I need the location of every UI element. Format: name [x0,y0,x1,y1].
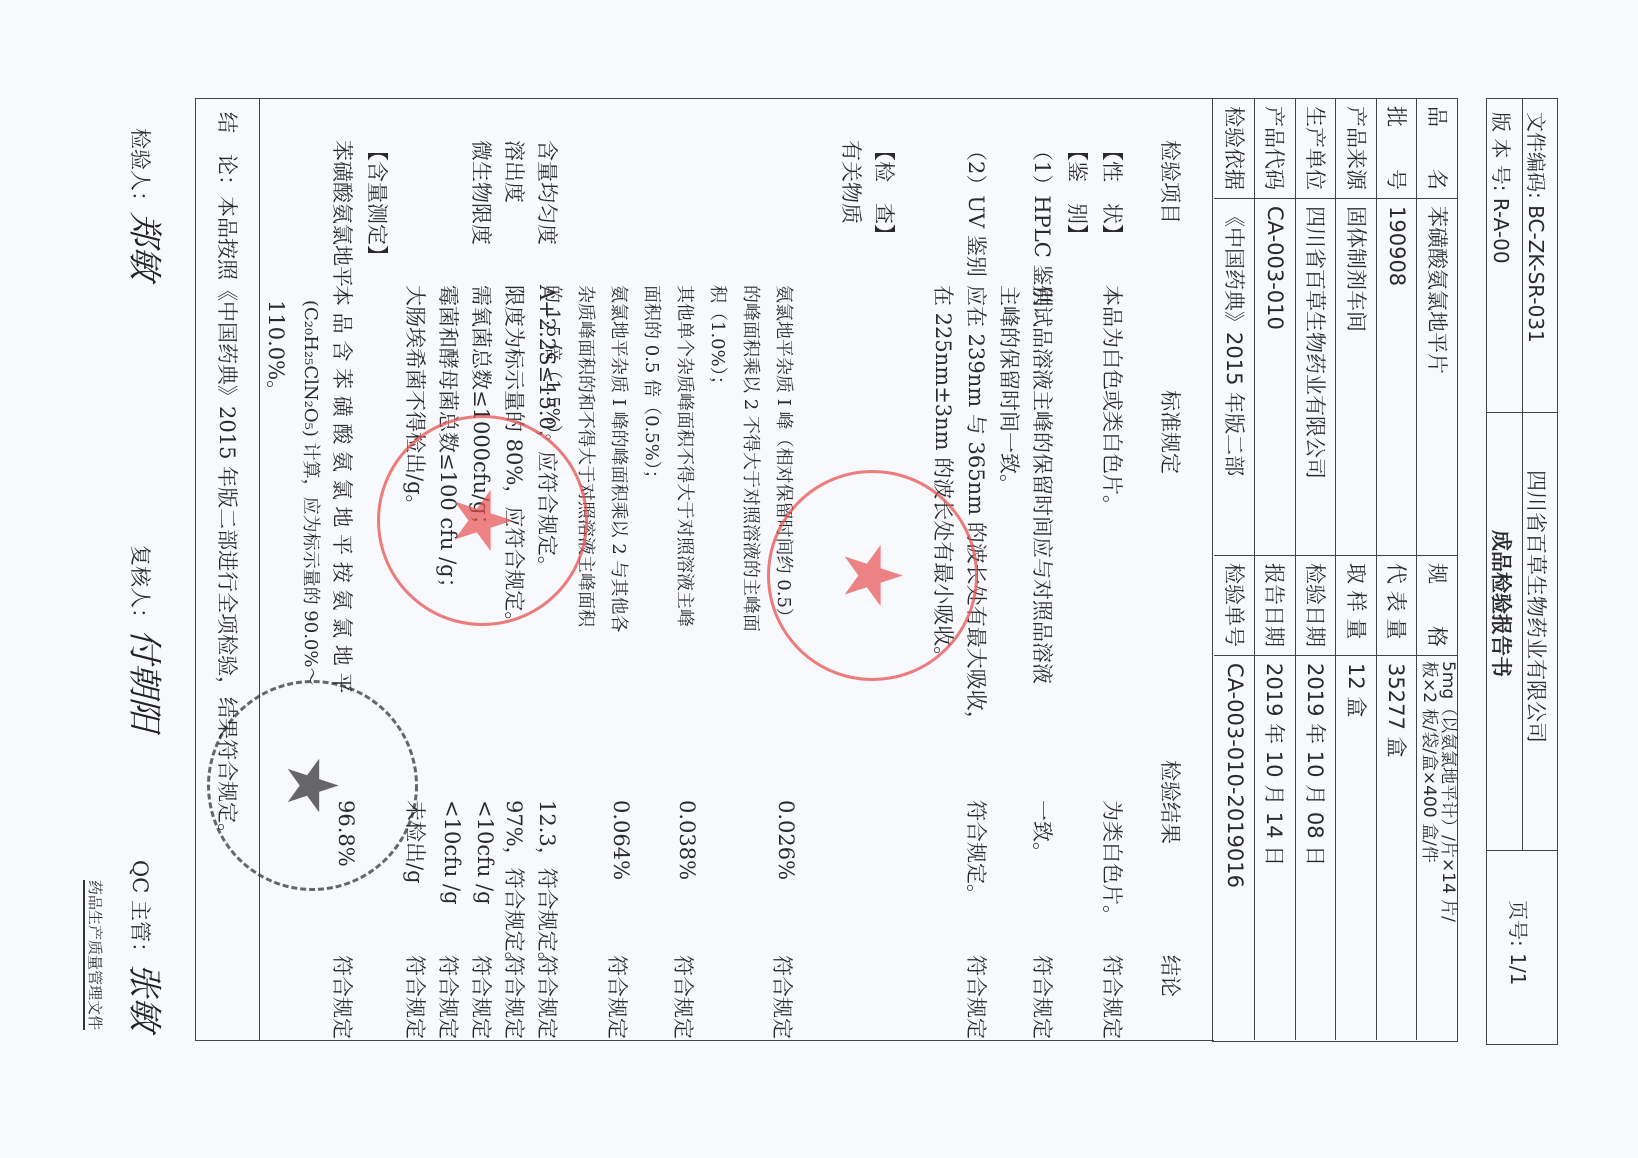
standard-text: (C₂₀H₂₅ClN₂O₅) 计算，应为标示量的 90.0%～ [299,300,325,685]
result-text: 12.3，符合规定。 [533,800,563,973]
header-divider [1487,850,1558,851]
footer-note: 药品生产质量管理文件 [83,880,106,1030]
standard-text: 本品为白色或类白色片。 [1098,285,1128,516]
item-label: 含量均匀度 [533,140,563,245]
info-label: 代 表 量 [1377,555,1418,663]
info-value: 《中国药典》2015 年版二部 [1214,198,1255,563]
info-value: 固体制剂车间 [1336,198,1377,563]
standard-text: 主峰的保留时间一致。 [995,285,1025,495]
stamp-star-icon: ★ [436,485,529,557]
stamp-star-icon: ★ [826,540,919,612]
result-text: 97%，符合规定。 [500,800,530,973]
conclusion-text: 符合规定 [500,955,530,1039]
table-border-right [196,1040,1214,1041]
quality-inspection-stamp: ★ [767,470,978,681]
col-header-result: 检验结果 [1156,760,1186,844]
conclusion-text: 符合规定 [1098,955,1128,1039]
info-label: 产品来源 [1336,98,1377,206]
standard-text: 本 品 含 苯 磺 酸 氨 氯 地 平 按 氨 氯 地 平 [328,285,358,693]
info-label: 检验日期 [1296,555,1337,663]
col-header-item: 检验项目 [1156,140,1186,224]
conclusion-text: 符合规定 [603,955,633,1039]
info-value: 2019 年 10 月 14 日 [1255,655,1296,1048]
conclusion-text: 符合规定 [467,955,497,1039]
conclusion-text: 符合规定 [434,955,464,1039]
info-label: 产品代码 [1255,98,1296,206]
item-label: （2）UV 鉴别 [962,140,992,277]
standard-text: 的峰面积乘以 2 不得大于对照溶液的主峰面 [739,285,765,632]
info-value: 四川省百草生物药业有限公司 [1296,198,1337,563]
spec-value: 5mg（以氨氯地平计）/片×14 片/板×2 板/袋/盒×400 盒/件 [1419,661,1457,922]
result-text: 符合规定。 [962,800,992,905]
result-text: 0.026% [774,800,798,880]
qc-signature: QC 主管：张敏 [123,860,172,1031]
table-border-bottom [195,98,196,1041]
spec-line: 板×2 板/袋/盒×400 盒/件 [1419,661,1438,922]
conclusion-text: 符合规定 [768,955,798,1039]
info-label: 检验依据 [1214,98,1255,206]
version: 版 本 号: R-A-00 [1488,112,1517,264]
section-heading-assay: 【含量测定】 [363,140,393,266]
result-text: <10cfu /g [473,800,497,905]
item-label: 有关物质 [837,140,867,224]
standard-text: 供试品溶液主峰的保留时间应与对照品溶液 [1028,285,1058,684]
col-header-standard: 标准规定 [1156,390,1186,474]
section-heading-identification: 【鉴 别】 [1063,140,1093,245]
standard-text: 氨氯地平杂质 I 峰的峰面积乘以 2 与其他各 [607,285,633,632]
info-value: CA-003-010 [1255,198,1296,563]
section-heading-tests: 【检 查】 [870,140,900,245]
reviewer-signature: 复核人：付朝阳 [123,545,172,731]
standard-text: 110.0%。 [262,300,292,401]
item-label: 微生物限度 [467,140,497,245]
info-value: CA-003-010-2019016 [1214,655,1255,1048]
doc-code: 文件编码: BC-ZK-SR-031 [1523,112,1552,343]
section-heading-appearance: 【性 状】 [1098,140,1128,245]
info-value: 35277 盒 [1377,655,1418,1048]
result-text: 0.064% [609,800,633,880]
spec-line: 5mg（以氨氯地平计）/片×14 片/ [1438,661,1457,922]
info-value: 12 盒 [1336,655,1377,1048]
info-label: 报告日期 [1255,555,1296,663]
standard-text: 杂质峰面积的和不得大于对照溶液主峰面积 [574,285,600,627]
reviewer-name: 付朝阳 [124,629,164,731]
info-label: 批 号 [1377,98,1418,206]
info-value: 苯磺酸氨氯地平片 [1417,198,1458,563]
conclusion-text: 符合规定 [533,955,563,1039]
result-text: 一致。 [1028,800,1058,863]
conclusion-text: 符合规定 [962,955,992,1039]
info-value: 2019 年 10 月 08 日 [1296,655,1337,1048]
item-label: 苯磺酸氨氯地平 [328,140,358,287]
quality-management-stamp: ★ [377,415,588,626]
item-label: （1）HPLC 鉴别 [1028,140,1058,307]
standard-text: 积（1.0%）； [706,285,732,394]
company-name: 四川省百草生物药业有限公司 [1522,470,1552,743]
inspection-report-page: 文件编码: BC-ZK-SR-031 版 本 号: R-A-00 四川省百草生物… [0,0,1638,1158]
conclusion-text: 符合规定 [328,955,358,1039]
info-label: 检验单号 [1214,555,1255,663]
info-label: 生产单位 [1296,98,1337,206]
info-value: 190908 [1377,198,1418,563]
standard-text: 其他单个杂质峰面积不得大于对照溶液主峰 [673,285,699,627]
stamp-star-icon: ★ [272,754,354,817]
info-label: 取 样 量 [1336,555,1377,663]
qc-name: 张敏 [124,963,164,1031]
info-label: 品 名 [1417,98,1458,206]
info-label: 规 格 [1417,555,1458,663]
report-title: 成品检验报告书 [1487,530,1517,677]
table-border-left [196,98,1214,99]
conclusion-text: 符合规定 [669,955,699,1039]
conclusion-divider [259,98,260,1040]
result-text: <10cfu /g [440,800,464,905]
result-text: 0.038% [675,800,699,880]
conclusion-text: 符合规定 [1028,955,1058,1039]
standard-text: 应在 239nm 与 365nm 的波长处有最大吸收， [962,285,992,732]
page-number: 页号: 1/1 [1505,900,1534,985]
final-conclusion-label: 结 论： [215,112,239,196]
conclusion-text: 符合规定 [401,955,431,1039]
result-text: 为类白色片。 [1098,800,1128,926]
col-header-conclusion: 结论 [1156,955,1186,997]
company-stamp: ★ [207,680,418,891]
standard-text: 面积的 0.5 倍（0.5%）； [640,285,666,488]
inspector-name: 郑敏 [124,212,164,280]
inspector-signature: 检验人：郑敏 [123,128,172,280]
item-label: 溶出度 [500,140,530,203]
